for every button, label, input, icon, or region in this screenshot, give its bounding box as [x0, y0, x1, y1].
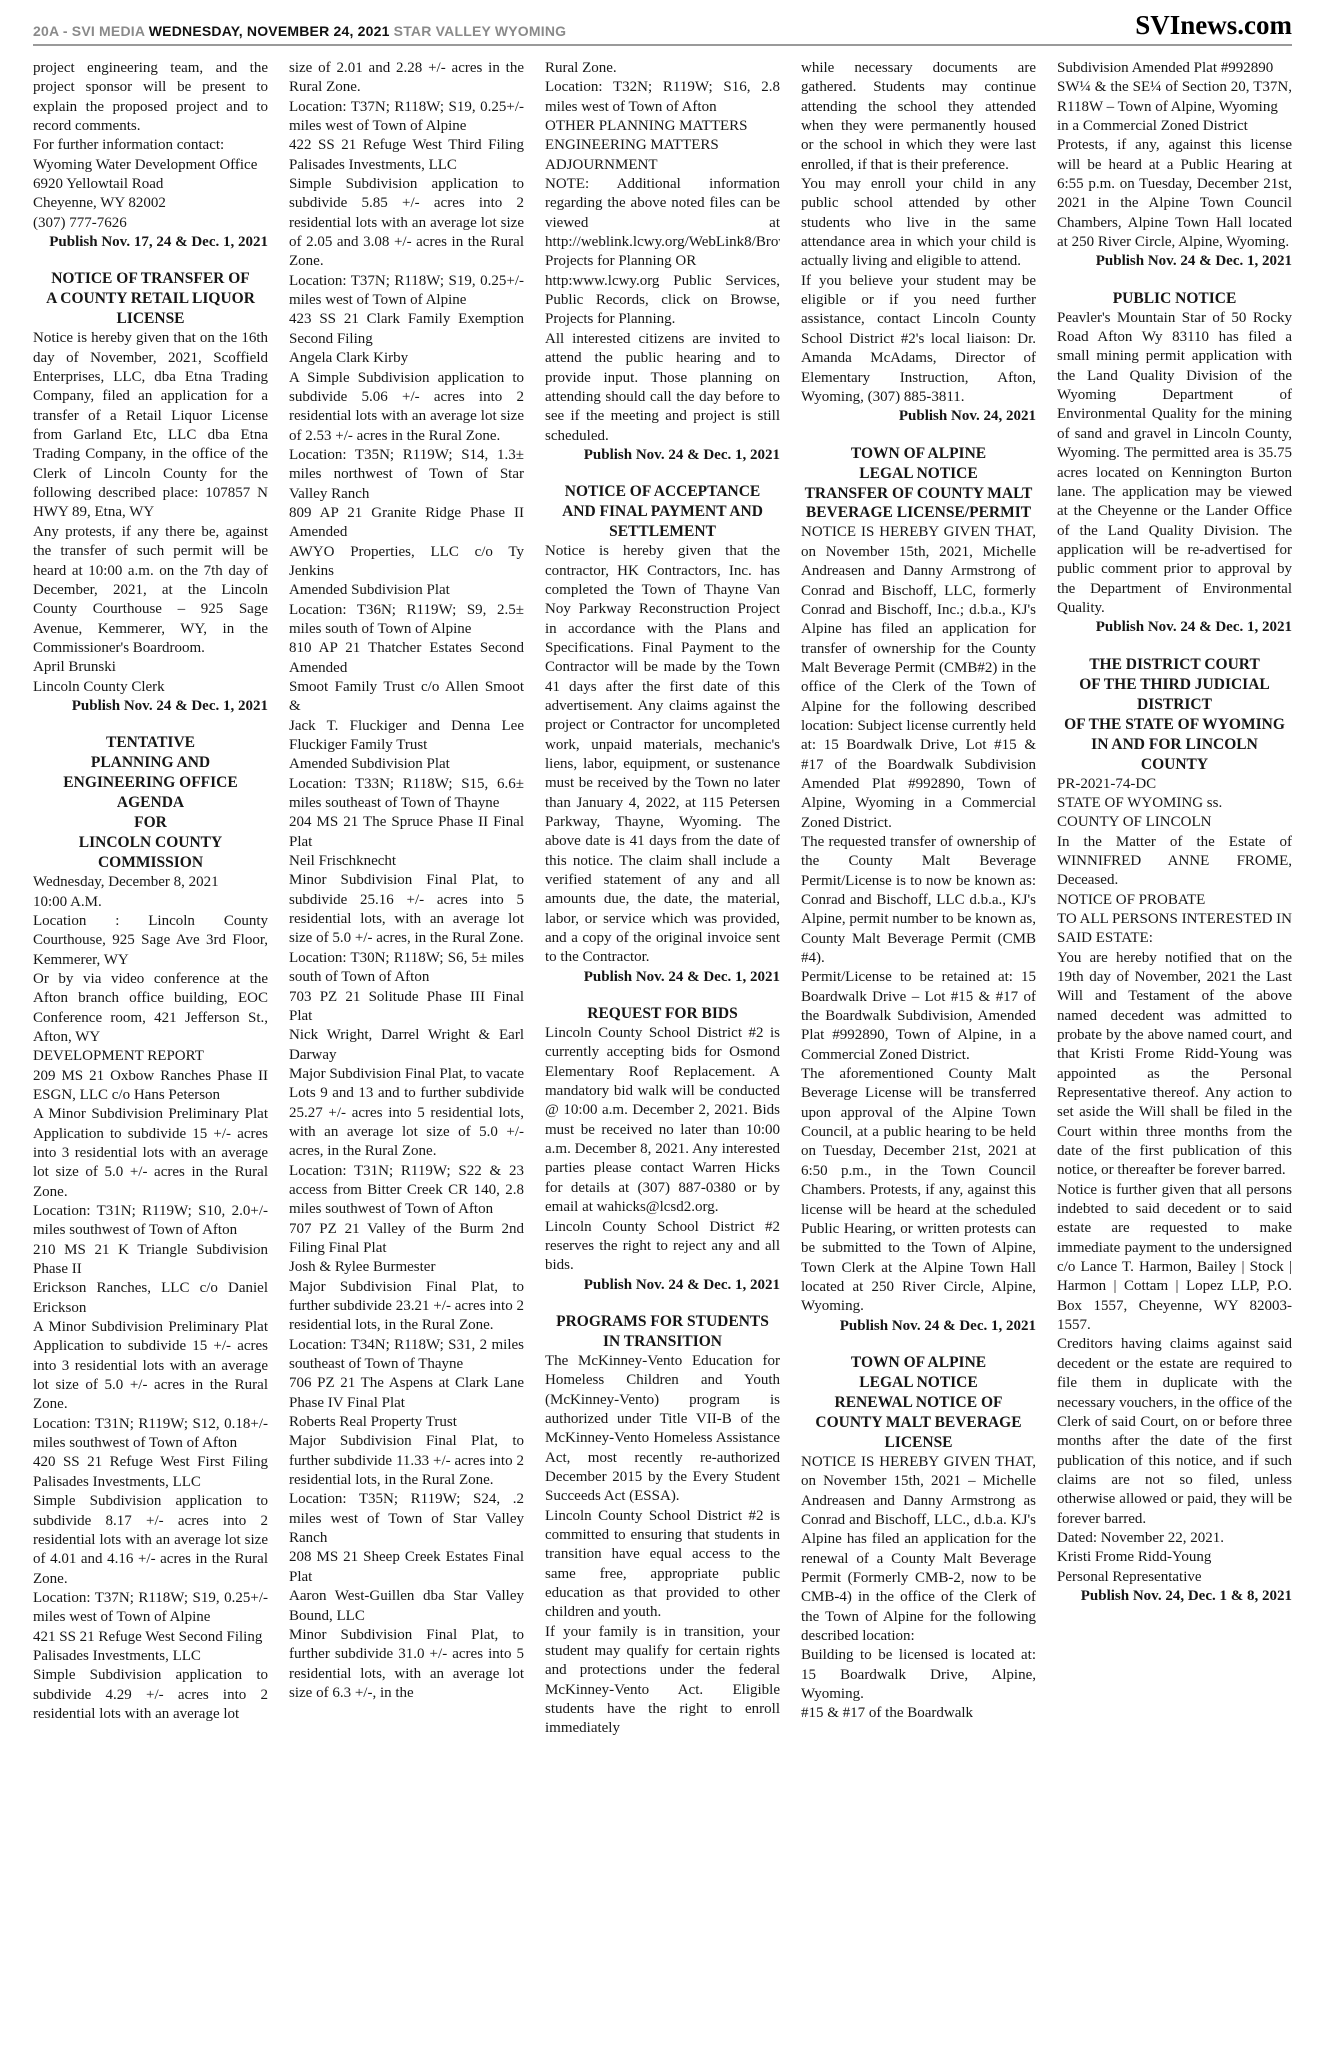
masthead: 20A - SVI MEDIA WEDNESDAY, NOVEMBER 24, … [33, 12, 1292, 46]
notice-paragraph: 809 AP 21 Granite Ridge Phase II Amended [289, 504, 524, 543]
notice-paragraph: If your family is in transition, your st… [545, 1623, 780, 1739]
notice-paragraph: AWYO Properties, LLC c/o Ty Jenkins [289, 543, 524, 582]
notice-paragraph: (307) 777-7626 [33, 214, 268, 233]
column-4: while necessary documents are gathered. … [801, 59, 1036, 2021]
notice-paragraph: Rural Zone. [545, 59, 780, 78]
notice-paragraph: 6920 Yellowtail Road [33, 175, 268, 194]
notice-paragraph: Location : Lincoln County Courthouse, 92… [33, 912, 268, 970]
notice-heading: REQUEST FOR BIDS [545, 1004, 780, 1024]
notice-paragraph: All interested citizens are invited to a… [545, 330, 780, 446]
notice-paragraph: Building to be licensed is located at: 1… [801, 1646, 1036, 1704]
site-logotype: SVInews.com [1135, 12, 1292, 39]
notice-paragraph: 810 AP 21 Thatcher Estates Second Amende… [289, 639, 524, 678]
masthead-left: 20A - SVI MEDIA WEDNESDAY, NOVEMBER 24, … [33, 23, 566, 39]
notice-heading: NOTICE OF ACCEPTANCE AND FINAL PAYMENT A… [545, 482, 780, 542]
notice-paragraph: Location: T31N; R119W; S22 & 23 access f… [289, 1162, 524, 1220]
notice-paragraph: Location: T30N; R118W; S6, 5± miles sout… [289, 949, 524, 988]
publish-line: Publish Nov. 24, Dec. 1 & 8, 2021 [1057, 1587, 1292, 1606]
notice-heading: TOWN OF ALPINE LEGAL NOTICE RENEWAL NOTI… [801, 1353, 1036, 1453]
publish-line: Publish Nov. 24, 2021 [801, 407, 1036, 426]
notice-heading: TOWN OF ALPINE LEGAL NOTICE TRANSFER OF … [801, 444, 1036, 524]
notice-paragraph: project engineering team, and the projec… [33, 59, 268, 136]
notice-heading: PUBLIC NOTICE [1057, 289, 1292, 309]
notice-paragraph: Nick Wright, Darrel Wright & Earl Darway [289, 1026, 524, 1065]
edition-label: 20A - SVI MEDIA [33, 23, 145, 39]
notice-paragraph: Notice is hereby given that the contract… [545, 542, 780, 968]
notice-paragraph: Wednesday, December 8, 2021 [33, 873, 268, 892]
notice-paragraph: Cheyenne, WY 82002 [33, 194, 268, 213]
notice-paragraph: NOTICE IS HEREBY GIVEN THAT, on November… [801, 1453, 1036, 1646]
notice-paragraph: Angela Clark Kirby [289, 349, 524, 368]
notice-paragraph: 706 PZ 21 The Aspens at Clark Lane Phase… [289, 1374, 524, 1413]
notice-paragraph: Wyoming Water Development Office [33, 156, 268, 175]
notice-heading: PROGRAMS FOR STUDENTS IN TRANSITION [545, 1312, 780, 1352]
notice-paragraph: Notice is hereby given that on the 16th … [33, 329, 268, 522]
notice-paragraph: 422 SS 21 Refuge West Third Filing Palis… [289, 136, 524, 175]
notice-paragraph: Minor Subdivision Final Plat, to subdivi… [289, 871, 524, 948]
notice-paragraph: NOTICE OF PROBATE [1057, 891, 1292, 910]
publish-line: Publish Nov. 24 & Dec. 1, 2021 [545, 1276, 780, 1295]
notice-paragraph: April Brunski [33, 658, 268, 677]
notice-paragraph: Or by via video conference at the Afton … [33, 970, 268, 1047]
notice-paragraph: Permit/License to be retained at: 15 Boa… [801, 968, 1036, 1065]
notice-paragraph: You may enroll your child in any public … [801, 175, 1036, 272]
notice-paragraph: STATE OF WYOMING ss. [1057, 794, 1292, 813]
publish-line: Publish Nov. 24 & Dec. 1, 2021 [1057, 252, 1292, 271]
notice-heading: NOTICE OF TRANSFER OF A COUNTY RETAIL LI… [33, 269, 268, 329]
notice-paragraph: http:www.lcwy.org Public Services, Publi… [545, 272, 780, 330]
notice-paragraph: The McKinney-Vento Education for Homeles… [545, 1352, 780, 1507]
notice-paragraph: 703 PZ 21 Solitude Phase III Final Plat [289, 988, 524, 1027]
notice-paragraph: Major Subdivision Final Plat, to vacate … [289, 1065, 524, 1162]
notice-paragraph: For further information contact: [33, 136, 268, 155]
publish-line: Publish Nov. 24 & Dec. 1, 2021 [545, 446, 780, 465]
notice-paragraph: In the Matter of the Estate of WINNIFRED… [1057, 833, 1292, 891]
date-label: WEDNESDAY, NOVEMBER 24, 2021 [145, 23, 394, 39]
notice-paragraph: OTHER PLANNING MATTERS [545, 117, 780, 136]
notice-paragraph: Erickson Ranches, LLC c/o Daniel Erickso… [33, 1279, 268, 1318]
notice-paragraph: Lincoln County School District #2 is com… [545, 1507, 780, 1623]
notice-paragraph: A Simple Subdivision application to subd… [289, 369, 524, 446]
notice-heading: TENTATIVE PLANNING AND ENGINEERING OFFIC… [33, 733, 268, 873]
notice-paragraph: Creditors having claims against said dec… [1057, 1335, 1292, 1528]
notice-paragraph: Simple Subdivision application to subdiv… [33, 1492, 268, 1589]
notice-paragraph: Simple Subdivision application to subdiv… [289, 175, 524, 272]
notice-paragraph: Any protests, if any there be, against t… [33, 523, 268, 658]
notice-paragraph: NOTICE IS HEREBY GIVEN THAT, on November… [801, 523, 1036, 833]
notice-paragraph: Location: T36N; R119W; S9, 2.5± miles so… [289, 601, 524, 640]
notice-paragraph: A Minor Subdivision Preliminary Plat App… [33, 1105, 268, 1202]
notice-paragraph: You are hereby notified that on the 19th… [1057, 949, 1292, 1181]
notice-paragraph: Major Subdivision Final Plat, to further… [289, 1432, 524, 1490]
notice-paragraph: 707 PZ 21 Valley of the Burm 2nd Filing … [289, 1220, 524, 1259]
notice-paragraph: Notice is further given that all persons… [1057, 1181, 1292, 1336]
legal-notice-columns: project engineering team, and the projec… [33, 59, 1292, 2021]
notice-paragraph: Amended Subdivision Plat [289, 581, 524, 600]
notice-paragraph: Roberts Real Property Trust [289, 1413, 524, 1432]
notice-paragraph: Amended Subdivision Plat [289, 755, 524, 774]
notice-paragraph: SW¼ & the SE¼ of Section 20, T37N, R118W… [1057, 78, 1292, 117]
column-5: Subdivision Amended Plat #992890SW¼ & th… [1057, 59, 1292, 2021]
notice-paragraph: Aaron West-Guillen dba Star Valley Bound… [289, 1587, 524, 1626]
publish-line: Publish Nov. 24 & Dec. 1, 2021 [1057, 618, 1292, 637]
notice-paragraph: Location: T35N; R119W; S14, 1.3± miles n… [289, 446, 524, 504]
notice-paragraph: DEVELOPMENT REPORT [33, 1047, 268, 1066]
notice-paragraph: Location: T37N; R118W; S19, 0.25+/- mile… [33, 1589, 268, 1628]
publish-line: Publish Nov. 24 & Dec. 1, 2021 [545, 968, 780, 987]
region-label: STAR VALLEY WYOMING [394, 23, 567, 39]
notice-paragraph: Kristi Frome Ridd-Young [1057, 1548, 1292, 1567]
column-1: project engineering team, and the projec… [33, 59, 268, 2021]
notice-paragraph: TO ALL PERSONS INTERESTED IN SAID ESTATE… [1057, 910, 1292, 949]
notice-paragraph: Location: T33N; R118W; S15, 6.6± miles s… [289, 775, 524, 814]
notice-paragraph: Personal Representative [1057, 1568, 1292, 1587]
newspaper-page: 20A - SVI MEDIA WEDNESDAY, NOVEMBER 24, … [0, 0, 1325, 2048]
notice-paragraph: 421 SS 21 Refuge West Second Filing [33, 1628, 268, 1647]
notice-paragraph: Dated: November 22, 2021. [1057, 1529, 1292, 1548]
notice-paragraph: The requested transfer of ownership of t… [801, 833, 1036, 968]
notice-paragraph: 209 MS 21 Oxbow Ranches Phase II ESGN, L… [33, 1067, 268, 1106]
notice-paragraph: A Minor Subdivision Preliminary Plat App… [33, 1318, 268, 1415]
notice-heading: THE DISTRICT COURT OF THE THIRD JUDICIAL… [1057, 655, 1292, 775]
notice-paragraph: Location: T35N; R119W; S24, .2 miles wes… [289, 1490, 524, 1548]
notice-paragraph: Lincoln County School District #2 reserv… [545, 1218, 780, 1276]
notice-paragraph: Major Subdivision Final Plat, to further… [289, 1278, 524, 1336]
notice-paragraph: Location: T34N; R118W; S31, 2 miles sout… [289, 1336, 524, 1375]
notice-paragraph: Location: T37N; R118W; S19, 0.25+/- mile… [289, 272, 524, 311]
notice-paragraph: NOTE: Additional information regarding t… [545, 175, 780, 272]
notice-paragraph: in a Commercial Zoned District [1057, 117, 1292, 136]
notice-paragraph: COUNTY OF LINCOLN [1057, 813, 1292, 832]
notice-paragraph: 208 MS 21 Sheep Creek Estates Final Plat [289, 1548, 524, 1587]
notice-paragraph: Location: T37N; R118W; S19, 0.25+/- mile… [289, 98, 524, 137]
publish-line: Publish Nov. 24 & Dec. 1, 2021 [801, 1317, 1036, 1336]
column-2: size of 2.01 and 2.28 +/- acres in the R… [289, 59, 524, 2021]
publish-line: Publish Nov. 17, 24 & Dec. 1, 2021 [33, 233, 268, 252]
notice-paragraph: 423 SS 21 Clark Family Exemption Second … [289, 310, 524, 349]
publish-line: Publish Nov. 24 & Dec. 1, 2021 [33, 697, 268, 716]
notice-paragraph: size of 2.01 and 2.28 +/- acres in the R… [289, 59, 524, 98]
notice-paragraph: PR-2021-74-DC [1057, 775, 1292, 794]
notice-paragraph: 10:00 A.M. [33, 893, 268, 912]
notice-paragraph: ADJOURNMENT [545, 156, 780, 175]
notice-paragraph: Location: T31N; R119W; S12, 0.18+/- mile… [33, 1415, 268, 1454]
notice-paragraph: 210 MS 21 K Triangle Subdivision Phase I… [33, 1241, 268, 1280]
notice-paragraph: 420 SS 21 Refuge West First Filing Palis… [33, 1453, 268, 1492]
notice-paragraph: Jack T. Fluckiger and Denna Lee Fluckige… [289, 717, 524, 756]
notice-paragraph: Josh & Rylee Burmester [289, 1258, 524, 1277]
column-3: Rural Zone.Location: T32N; R119W; S16, 2… [545, 59, 780, 2021]
notice-paragraph: while necessary documents are gathered. … [801, 59, 1036, 175]
notice-paragraph: If you believe your student may be eligi… [801, 272, 1036, 407]
notice-paragraph: 204 MS 21 The Spruce Phase II Final Plat [289, 813, 524, 852]
notice-paragraph: Lincoln County Clerk [33, 678, 268, 697]
notice-paragraph: Smoot Family Trust c/o Allen Smoot & [289, 678, 524, 717]
notice-paragraph: Neil Frischknecht [289, 852, 524, 871]
notice-paragraph: Location: T32N; R119W; S16, 2.8 miles we… [545, 78, 780, 117]
notice-paragraph: Lincoln County School District #2 is cur… [545, 1024, 780, 1217]
notice-paragraph: Simple Subdivision application to subdiv… [33, 1666, 268, 1724]
notice-paragraph: Subdivision Amended Plat #992890 [1057, 59, 1292, 78]
notice-paragraph: Peavler's Mountain Star of 50 Rocky Road… [1057, 309, 1292, 619]
notice-paragraph: Location: T31N; R119W; S10, 2.0+/- miles… [33, 1202, 268, 1241]
notice-paragraph: The aforementioned County Malt Beverage … [801, 1065, 1036, 1316]
notice-paragraph: Minor Subdivision Final Plat, to further… [289, 1626, 524, 1703]
notice-paragraph: ENGINEERING MATTERS [545, 136, 780, 155]
notice-paragraph: #15 & #17 of the Boardwalk [801, 1704, 1036, 1723]
notice-paragraph: Palisades Investments, LLC [33, 1647, 268, 1666]
notice-paragraph: Protests, if any, against this license w… [1057, 136, 1292, 252]
